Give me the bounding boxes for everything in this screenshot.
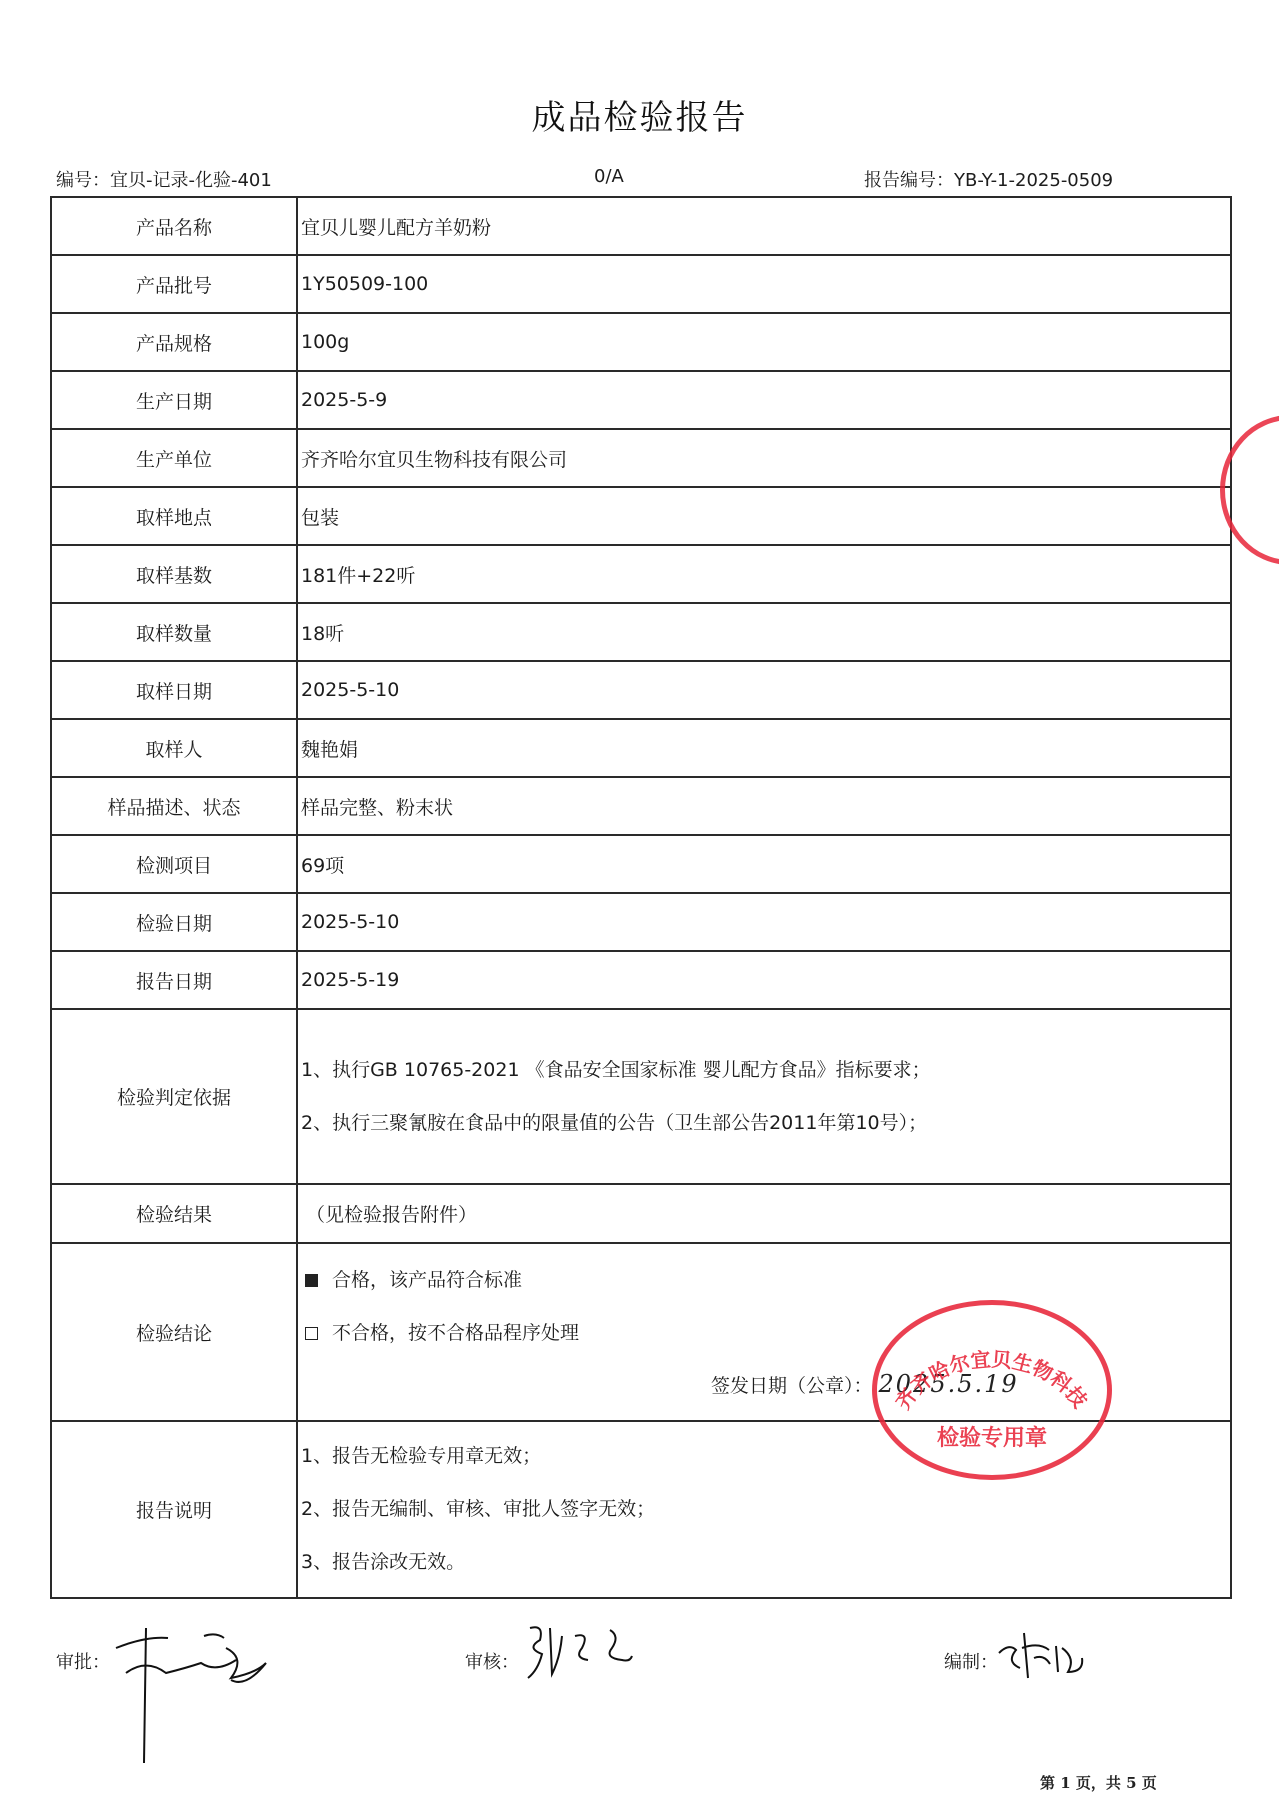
row-label: 产品批号 bbox=[51, 255, 297, 313]
row-value: 2025-5-19 bbox=[297, 951, 1231, 1009]
table-row: 生产日期 2025-5-9 bbox=[51, 371, 1231, 429]
row-value: 2025-5-10 bbox=[297, 893, 1231, 951]
result-label: 检验结果 bbox=[51, 1184, 297, 1243]
stamp-text-icon: 齐齐哈尔宜贝生物科技有限公司 检验专用章 bbox=[877, 1305, 1107, 1475]
row-label: 样品描述、状态 bbox=[51, 777, 297, 835]
row-value: 69项 bbox=[297, 835, 1231, 893]
stamp-company-text: 齐齐哈尔宜贝生物科技有限公司 bbox=[877, 1305, 1092, 1414]
option-text: 合格，该产品符合标准 bbox=[332, 1254, 522, 1307]
table-row: 产品规格 100g bbox=[51, 313, 1231, 371]
result-row: 检验结果 （见检验报告附件） bbox=[51, 1184, 1231, 1243]
conclusion-option-pass[interactable]: 合格，该产品符合标准 bbox=[301, 1244, 1230, 1307]
basis-label: 检验判定依据 bbox=[51, 1009, 297, 1184]
document-title: 成品检验报告 bbox=[0, 90, 1279, 139]
row-label: 产品规格 bbox=[51, 313, 297, 371]
table-row: 样品描述、状态 样品完整、粉末状 bbox=[51, 777, 1231, 835]
basis-row: 检验判定依据 1、执行GB 10765-2021 《食品安全国家标准 婴儿配方食… bbox=[51, 1009, 1231, 1184]
row-value: 齐齐哈尔宜贝生物科技有限公司 bbox=[297, 429, 1231, 487]
row-value: 魏艳娟 bbox=[297, 719, 1231, 777]
option-text: 不合格，按不合格品程序处理 bbox=[332, 1307, 579, 1360]
row-value: 181件+22听 bbox=[297, 545, 1231, 603]
report-number-label: 报告编号： bbox=[864, 170, 954, 191]
row-label: 取样人 bbox=[51, 719, 297, 777]
conclusion-label: 检验结论 bbox=[51, 1243, 297, 1421]
record-number-label: 编号： bbox=[56, 170, 110, 191]
row-label: 产品名称 bbox=[51, 197, 297, 255]
review-label: 审核： bbox=[465, 1652, 519, 1673]
report-number: 报告编号：YB-Y-1-2025-0509 bbox=[864, 166, 1113, 192]
table-row: 报告日期 2025-5-19 bbox=[51, 951, 1231, 1009]
version: 0/A bbox=[594, 166, 624, 187]
table-row: 产品批号 1Y50509-100 bbox=[51, 255, 1231, 313]
table-row: 取样人 魏艳娟 bbox=[51, 719, 1231, 777]
svg-text:齐齐哈尔宜贝生物科技有限公司: 齐齐哈尔宜贝生物科技有限公司 bbox=[877, 1305, 1092, 1414]
table-row: 取样日期 2025-5-10 bbox=[51, 661, 1231, 719]
inspection-stamp: 齐齐哈尔宜贝生物科技有限公司 检验专用章 bbox=[872, 1300, 1112, 1480]
handwritten-signature-icon bbox=[520, 1618, 660, 1688]
prepare-label: 编制： bbox=[944, 1652, 998, 1673]
preparer-signature: 编制： bbox=[944, 1648, 998, 1674]
table-row: 取样地点 包装 bbox=[51, 487, 1231, 545]
row-label: 检测项目 bbox=[51, 835, 297, 893]
issue-date-label: 签发日期（公章）： bbox=[711, 1375, 873, 1397]
handwritten-signature-icon bbox=[994, 1628, 1094, 1683]
page-number: 第 1 页，共 5 页 bbox=[1040, 1772, 1157, 1793]
note-item: 2、报告无编制、审核、审批人签字无效； bbox=[301, 1483, 1230, 1536]
row-value: 2025-5-9 bbox=[297, 371, 1231, 429]
record-number: 编号：宜贝-记录-化验-401 bbox=[56, 166, 272, 192]
row-value: 1Y50509-100 bbox=[297, 255, 1231, 313]
table-row: 生产单位 齐齐哈尔宜贝生物科技有限公司 bbox=[51, 429, 1231, 487]
approver-signature: 审批： bbox=[56, 1648, 110, 1674]
table-row: 检验日期 2025-5-10 bbox=[51, 893, 1231, 951]
checked-box-icon[interactable] bbox=[305, 1274, 318, 1287]
notes-label: 报告说明 bbox=[51, 1421, 297, 1598]
basis-item: 1、执行GB 10765-2021 《食品安全国家标准 婴儿配方食品》指标要求； bbox=[301, 1044, 1230, 1097]
row-label: 取样地点 bbox=[51, 487, 297, 545]
row-label: 取样日期 bbox=[51, 661, 297, 719]
reviewer-signature: 审核： bbox=[465, 1648, 519, 1674]
row-label: 取样基数 bbox=[51, 545, 297, 603]
row-value: 宜贝儿婴儿配方羊奶粉 bbox=[297, 197, 1231, 255]
table-row: 取样基数 181件+22听 bbox=[51, 545, 1231, 603]
row-value: 样品完整、粉末状 bbox=[297, 777, 1231, 835]
unchecked-box-icon[interactable] bbox=[305, 1327, 318, 1340]
row-value: 包装 bbox=[297, 487, 1231, 545]
report-number-value: YB-Y-1-2025-0509 bbox=[954, 170, 1113, 191]
table-row: 检测项目 69项 bbox=[51, 835, 1231, 893]
note-item: 3、报告涂改无效。 bbox=[301, 1536, 1230, 1589]
basis-item: 2、执行三聚氰胺在食品中的限量值的公告（卫生部公告2011年第10号）； bbox=[301, 1097, 1230, 1150]
result-value: （见检验报告附件） bbox=[297, 1184, 1231, 1243]
approve-label: 审批： bbox=[56, 1652, 110, 1673]
record-number-value: 宜贝-记录-化验-401 bbox=[110, 170, 272, 191]
stamp-purpose-text: 检验专用章 bbox=[937, 1425, 1047, 1451]
row-label: 检验日期 bbox=[51, 893, 297, 951]
row-label: 取样数量 bbox=[51, 603, 297, 661]
row-label: 生产日期 bbox=[51, 371, 297, 429]
row-value: 18听 bbox=[297, 603, 1231, 661]
row-value: 100g bbox=[297, 313, 1231, 371]
handwritten-signature-icon bbox=[106, 1618, 276, 1768]
row-value: 2025-5-10 bbox=[297, 661, 1231, 719]
row-label: 生产单位 bbox=[51, 429, 297, 487]
table-row: 取样数量 18听 bbox=[51, 603, 1231, 661]
table-row: 产品名称 宜贝儿婴儿配方羊奶粉 bbox=[51, 197, 1231, 255]
basis-value: 1、执行GB 10765-2021 《食品安全国家标准 婴儿配方食品》指标要求；… bbox=[297, 1009, 1231, 1184]
row-label: 报告日期 bbox=[51, 951, 297, 1009]
